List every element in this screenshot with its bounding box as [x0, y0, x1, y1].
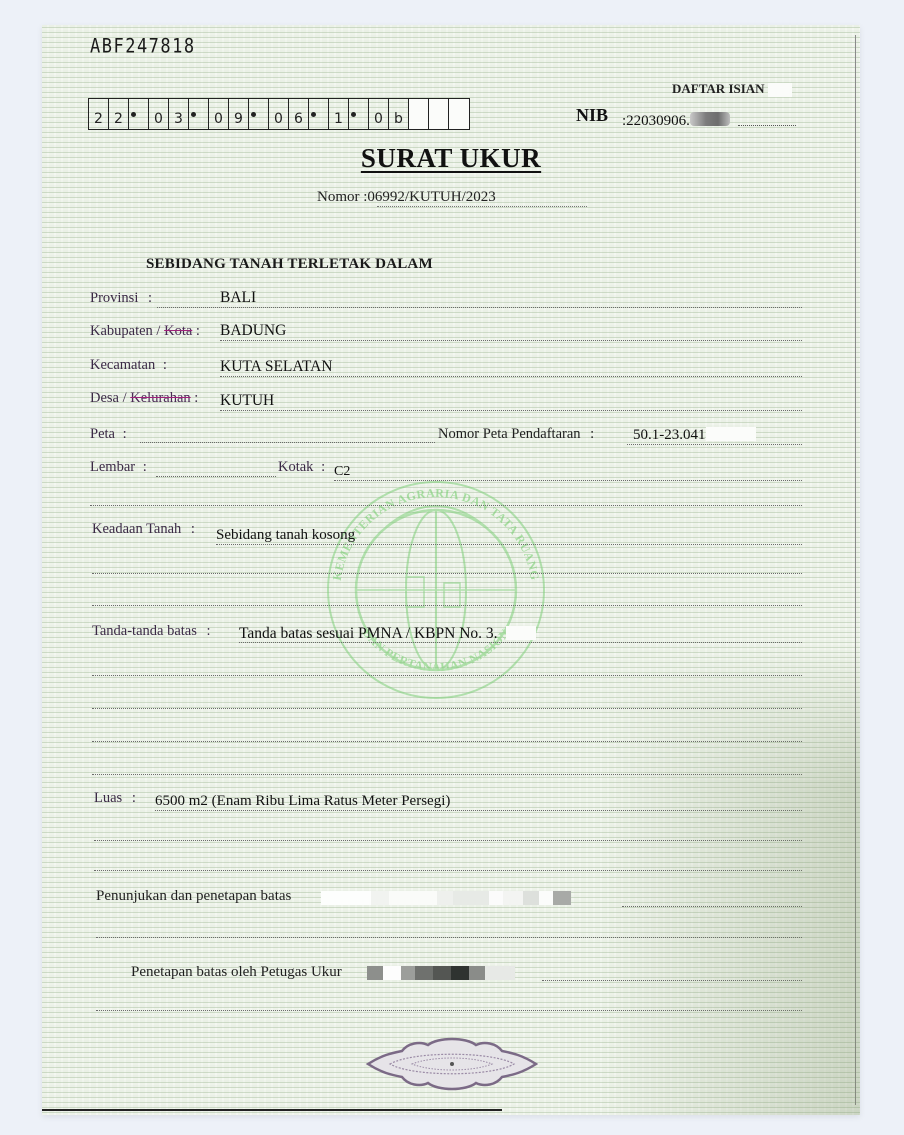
desa-dotted-line	[220, 410, 802, 411]
surat-ukur-document: ABF247818 2203090610b DAFTAR ISIAN NIB :…	[42, 25, 860, 1115]
colon: :	[590, 426, 594, 442]
kotak-dotted-line	[334, 480, 802, 481]
code-box	[129, 99, 149, 129]
penetapan-dotted-line	[542, 980, 802, 981]
serial-number: ABF247818	[90, 35, 196, 58]
code-box: 2	[109, 99, 129, 129]
code-box-row: 2203090610b	[88, 98, 470, 130]
page-bottom-rule	[42, 1109, 502, 1111]
penetapan-dotted-line-2	[96, 1010, 802, 1011]
luas-dotted-line	[155, 810, 802, 811]
kabupaten-label-text: Kabupaten /	[90, 323, 160, 339]
colon: :	[207, 623, 211, 639]
keadaan-tanah-label-text: Keadaan Tanah	[92, 521, 181, 537]
code-box-redacted	[449, 99, 469, 129]
code-box: 9	[229, 99, 249, 129]
tanda-batas-dotted-line-4	[92, 741, 802, 742]
code-box: 2	[89, 99, 109, 129]
colon: :	[123, 426, 127, 442]
nib-value: :22030906.	[622, 112, 730, 130]
code-box	[189, 99, 209, 129]
nib-number: 22030906.	[626, 113, 690, 129]
nomor-peta-redacted	[706, 427, 756, 441]
security-rosette-icon	[362, 1033, 542, 1095]
keadaan-tanah-dotted-line-2	[92, 573, 802, 574]
code-box	[309, 99, 329, 129]
tanda-batas-dotted-line	[239, 642, 802, 643]
kotak-label-text: Kotak	[278, 459, 313, 475]
document-title: SURAT UKUR	[42, 143, 860, 174]
colon: :	[143, 459, 147, 475]
penunjukan-dotted-line	[622, 906, 802, 907]
kecamatan-value: KUTA SELATAN	[220, 358, 332, 376]
bpn-seal-icon: KEMENTERIAN AGRARIA DAN TATA RUANG BADAN…	[314, 465, 558, 709]
kota-struck-text: Kota	[164, 323, 192, 339]
lembar-label: Lembar :	[90, 459, 147, 476]
tanda-batas-value: Tanda batas sesuai PMNA / KBPN No. 3.	[239, 625, 536, 643]
nomor-dotted-line	[377, 206, 587, 207]
penunjukan-dotted-line-2	[96, 937, 802, 938]
colon: :	[196, 323, 200, 339]
nib-dotted-line	[738, 125, 796, 126]
code-box	[349, 99, 369, 129]
daftar-isian: DAFTAR ISIAN	[672, 81, 792, 97]
kelurahan-struck-text: Kelurahan	[130, 390, 190, 406]
kabupaten-value: BADUNG	[220, 322, 286, 340]
kabupaten-dotted-line	[220, 340, 802, 341]
tanda-batas-label: Tanda-tanda batas :	[92, 623, 211, 640]
daftar-isian-redacted	[768, 83, 792, 97]
code-box: 0	[269, 99, 289, 129]
colon: :	[132, 790, 136, 806]
nomor-peta-dotted-line	[627, 444, 802, 445]
location-section-heading: SEBIDANG TANAH TERLETAK DALAM	[146, 256, 433, 273]
tanda-batas-dotted-line-3	[92, 708, 802, 709]
page-edge-rule	[855, 35, 856, 1105]
penunjukan-label: Penunjukan dan penetapan batas	[96, 888, 291, 905]
tanda-batas-dotted-line-2	[92, 675, 802, 676]
desa-label: Desa / Kelurahan :	[90, 390, 198, 407]
colon: :	[163, 357, 167, 373]
code-box-redacted	[429, 99, 449, 129]
keadaan-tanah-value: Sebidang tanah kosong	[216, 527, 355, 544]
code-box	[249, 99, 269, 129]
nomor-row: Nomor :06992/KUTUH/2023	[317, 189, 496, 206]
luas-label-text: Luas	[94, 790, 122, 806]
luas-value: 6500 m2 (Enam Ribu Lima Ratus Meter Pers…	[155, 793, 450, 810]
nomor-peta-label-text: Nomor Peta Pendaftaran	[438, 426, 581, 442]
nomor-label: Nomor	[317, 189, 360, 205]
nomor-peta-label: Nomor Peta Pendaftaran :	[438, 426, 594, 443]
nomor-value: :06992/KUTUH/2023	[363, 189, 496, 205]
kecamatan-label: Kecamatan :	[90, 357, 167, 374]
provinsi-label-text: Provinsi	[90, 290, 138, 306]
kecamatan-dotted-line	[220, 376, 802, 377]
provinsi-value: BALI	[220, 289, 256, 307]
kotak-label: Kotak :	[278, 459, 325, 476]
luas-label: Luas :	[94, 790, 136, 807]
code-box: 6	[289, 99, 309, 129]
tanda-batas-label-text: Tanda-tanda batas	[92, 623, 197, 639]
code-box: b	[389, 99, 409, 129]
kabupaten-label: Kabupaten / Kota :	[90, 323, 200, 340]
desa-value: KUTUH	[220, 392, 274, 410]
code-box-redacted	[409, 99, 429, 129]
code-box: 1	[329, 99, 349, 129]
code-box: 0	[369, 99, 389, 129]
colon: :	[148, 290, 152, 306]
keadaan-tanah-label: Keadaan Tanah :	[92, 521, 195, 538]
title-text: SURAT UKUR	[361, 143, 541, 173]
lembar-label-text: Lembar	[90, 459, 135, 475]
provinsi-dotted-line	[157, 307, 802, 308]
peta-dotted-line	[140, 442, 435, 443]
lembar-dotted-line	[156, 476, 276, 477]
penetapan-redacted	[367, 966, 515, 980]
keadaan-tanah-dotted-line-3	[92, 605, 802, 606]
nomor-peta-value: 50.1-23.041	[633, 427, 756, 444]
kotak-value: C2	[334, 464, 350, 480]
code-box: 0	[149, 99, 169, 129]
nib-label: NIB	[576, 105, 608, 126]
peta-label: Peta :	[90, 426, 127, 443]
colon: :	[194, 390, 198, 406]
colon: :	[321, 459, 325, 475]
luas-dotted-line-3	[94, 870, 802, 871]
tanda-batas-text: Tanda batas sesuai PMNA / KBPN No. 3.	[239, 625, 498, 642]
provinsi-label: Provinsi :	[90, 290, 152, 307]
kecamatan-label-text: Kecamatan	[90, 357, 155, 373]
penetapan-label: Penetapan batas oleh Petugas Ukur	[131, 964, 342, 981]
code-box: 0	[209, 99, 229, 129]
nib-redacted	[690, 112, 730, 126]
luas-dotted-line-2	[94, 840, 802, 841]
keadaan-tanah-dotted-line	[216, 544, 802, 545]
peta-label-text: Peta	[90, 426, 115, 442]
tanda-batas-dotted-line-5	[92, 774, 802, 775]
desa-label-text: Desa /	[90, 390, 127, 406]
penunjukan-redacted	[321, 891, 571, 905]
daftar-isian-label: DAFTAR ISIAN	[672, 81, 765, 96]
colon: :	[191, 521, 195, 537]
code-box: 3	[169, 99, 189, 129]
tanda-batas-redacted	[506, 626, 536, 640]
blank-dotted-line	[90, 505, 802, 506]
nomor-peta-number: 50.1-23.041	[633, 427, 706, 443]
